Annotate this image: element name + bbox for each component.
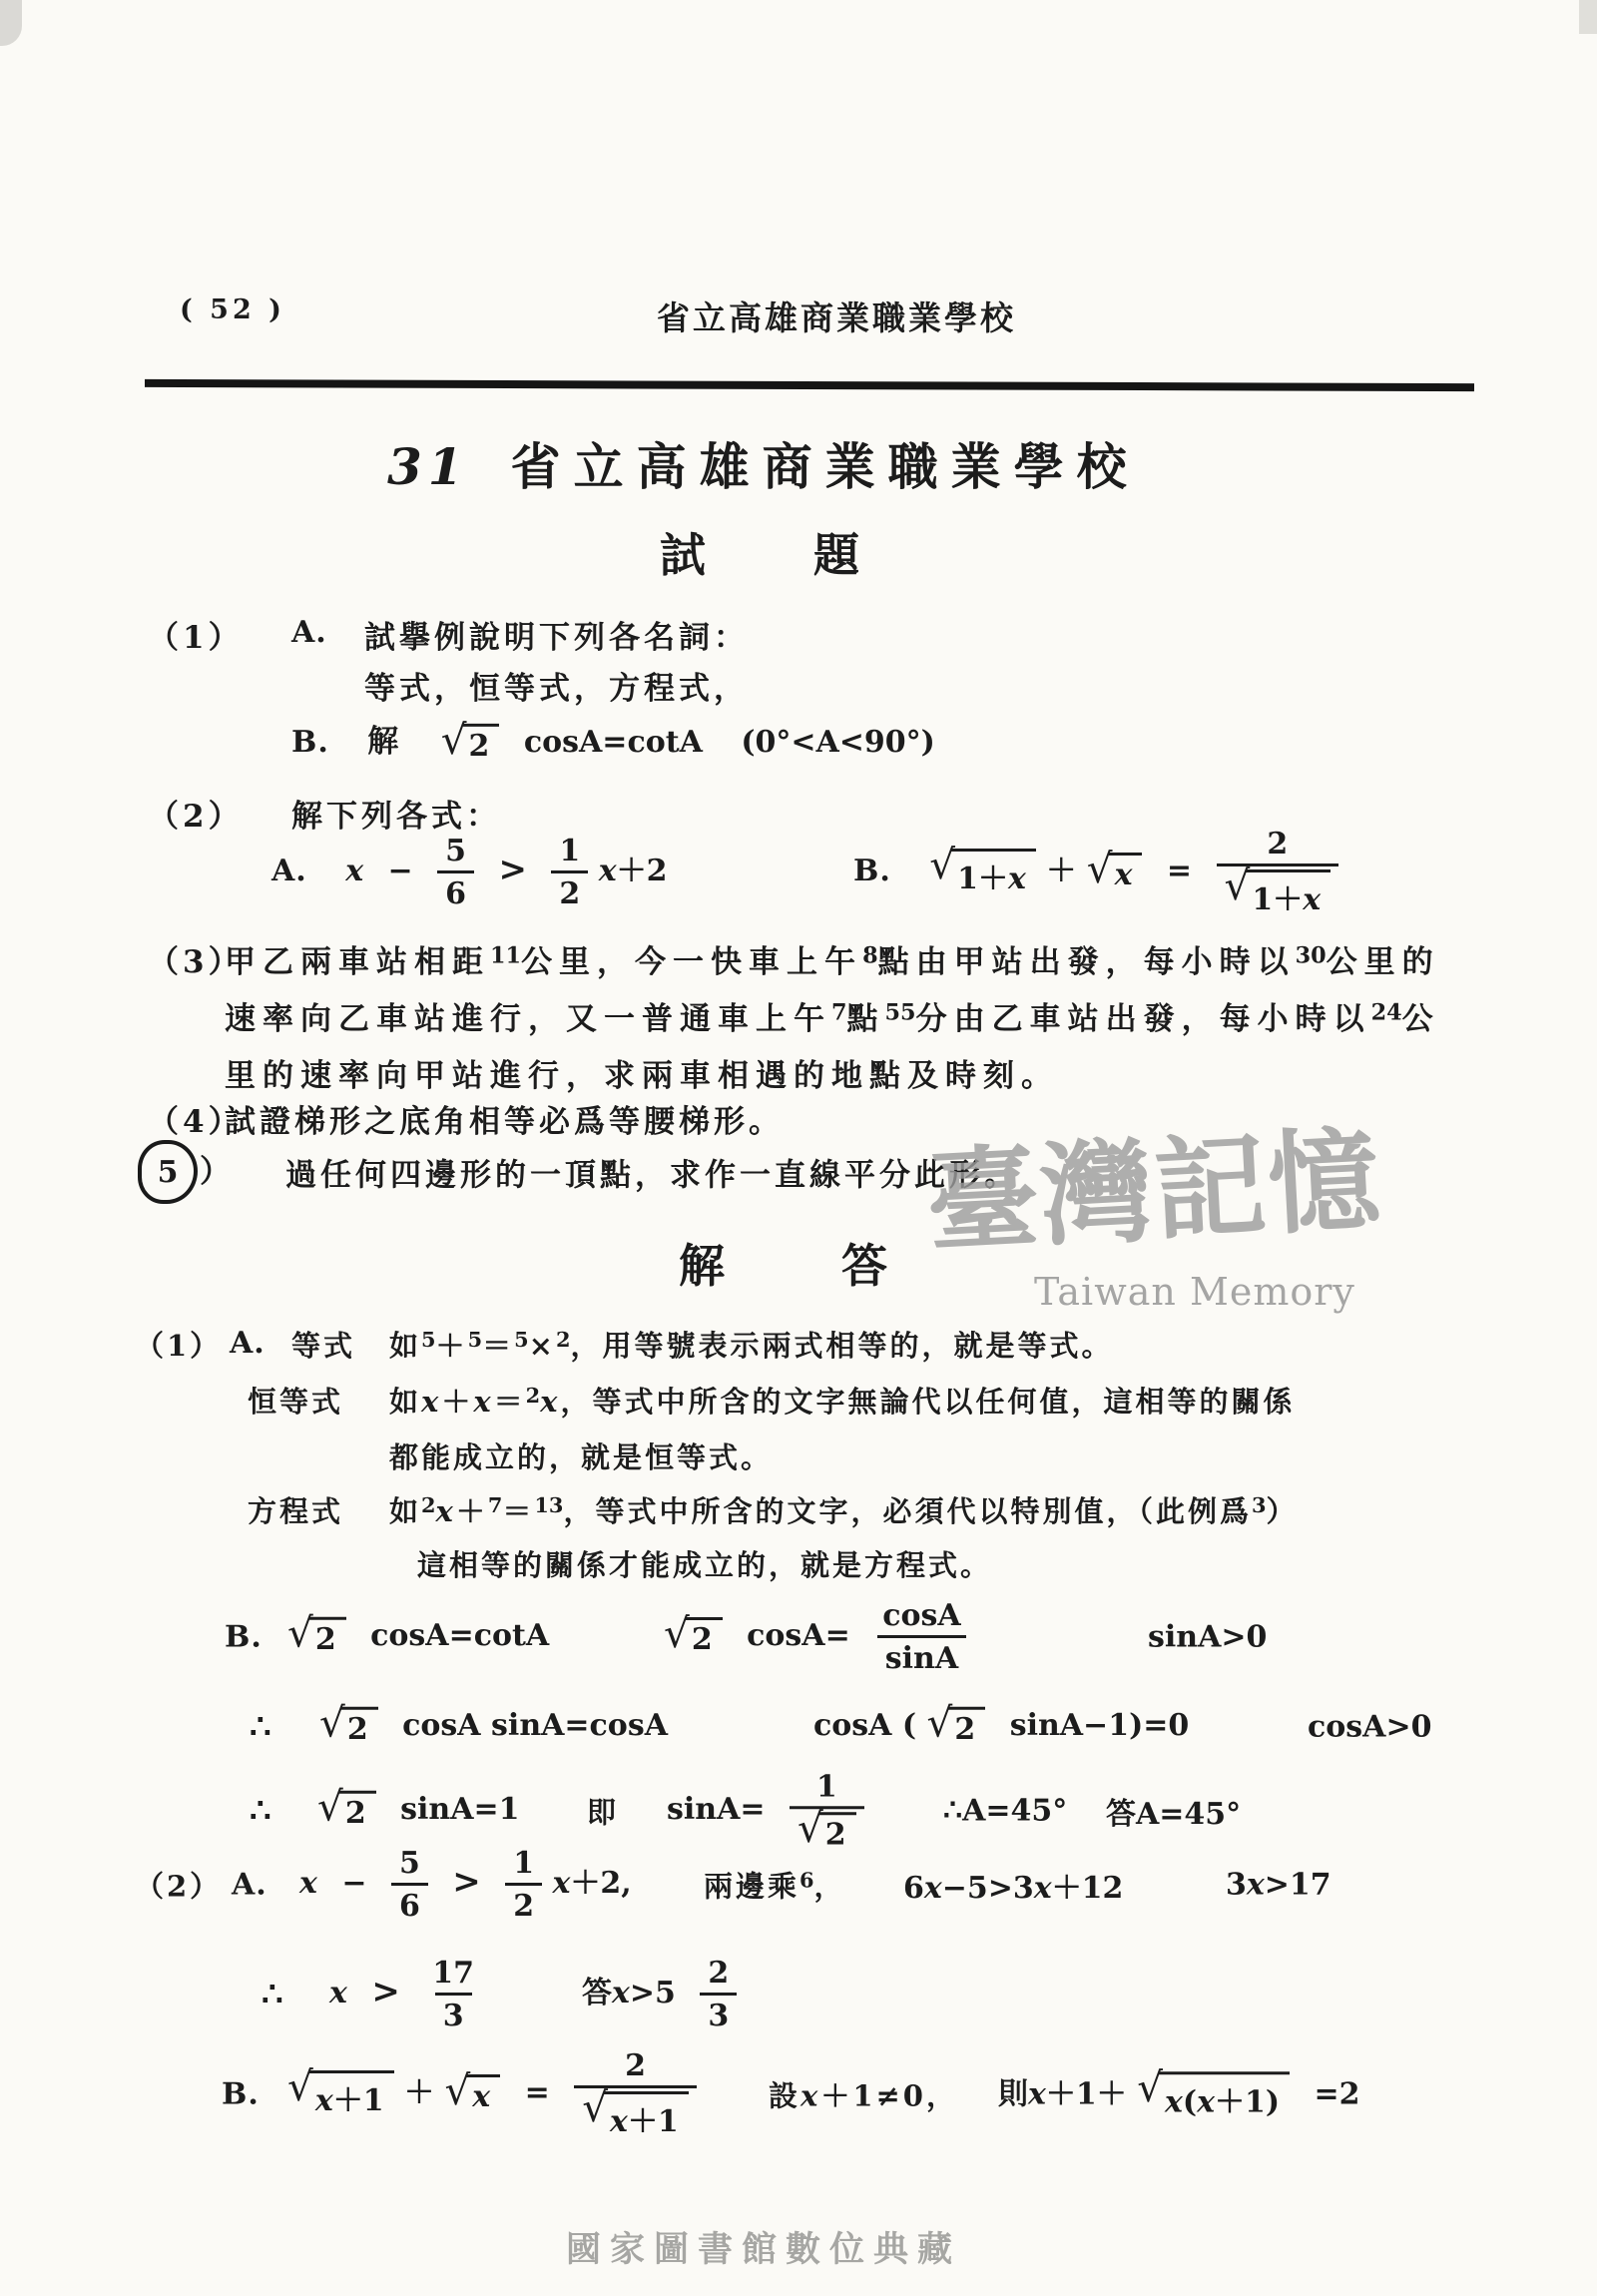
radical-sign: √ [319, 1703, 345, 1744]
solution-2-c-line: B. √x＋1 ＋ √x = 2√x＋1 設x＋1≠0， 則x＋1＋ √x(x＋… [0, 2032, 1597, 2156]
solution-1-number: （1） [135, 1324, 222, 1365]
expression-tail: x＋2, [553, 1866, 632, 1901]
question-1-b-label: B. [291, 725, 329, 760]
plus-sign: ＋ [404, 2075, 434, 2110]
denominator: √1＋x [1217, 863, 1339, 918]
solution-1-term3-cont-line: 這相等的關係才能成立的，就是方程式。 [0, 1543, 1597, 1587]
solution-2-number: （2） [135, 1865, 222, 1906]
solution-2-c-derivation: 則x＋1＋ √x(x＋1) =2 [998, 2068, 1360, 2120]
sqrt-x-plus-1-radical: √x＋1 [287, 2070, 394, 2119]
greater-than-sign: > [452, 1862, 481, 1902]
numerator: 17 [424, 1956, 482, 1993]
scan-smudge-top-left [0, 0, 22, 46]
scan-smudge-top-right [1579, 0, 1597, 34]
radical-sign: √ [1137, 2067, 1163, 2108]
fraction-5-6: 56 [391, 1846, 428, 1924]
sqrt-x-x-plus-1-radical: √x(x＋1) [1137, 2071, 1290, 2120]
radicand: x [466, 2074, 500, 2115]
page-number: ( 52 ) [180, 294, 285, 325]
header-divider-rule [145, 379, 1474, 391]
answer-heading-char-1: 解 [679, 1230, 725, 1296]
question-3-text-1: 甲乙兩車站相距11公里，今一快車上午8點由甲站出發，每小時以30公里的 [225, 936, 1440, 981]
solution-1-b-condition: sinA>0 [1148, 1620, 1267, 1655]
radicand: 1＋x [951, 849, 1036, 897]
solution-1-term3-line: 方程式 如2x＋7＝13，等式中所含的文字，必須代以特別值，（此例爲3） [0, 1489, 1597, 1533]
circled-5: 5 [138, 1140, 198, 1204]
solution-1-d-result: ∴A=45° [943, 1794, 1067, 1829]
radicand: x＋1 [604, 2091, 689, 2140]
radical-sign: √ [1225, 865, 1251, 906]
therefore-symbol: ∴ [262, 1975, 283, 2014]
radicand: 2 [339, 1791, 376, 1832]
equation-text: cosA= [747, 1618, 850, 1653]
solution-2-c-label: B. [222, 2077, 260, 2112]
multiply-both-sides-note: 兩邊乘6， [704, 1865, 846, 1906]
solution-1-term1-line: （1） A. 等式 如5＋5＝5×2，用等號表示兩式相等的，就是等式。 [0, 1324, 1597, 1368]
radicand: x [1109, 853, 1143, 893]
question-1-b-solve-word: 解 [367, 724, 402, 760]
denominator: 6 [437, 870, 474, 911]
solution-1-c-eq2: cosA ( √2 sinA−1)=0 [813, 1707, 1189, 1748]
variable-x: x [299, 1866, 317, 1901]
solution-1-c-line: ∴ √2 cosA sinA=cosA cosA ( √2 sinA−1)=0 … [0, 1697, 1597, 1757]
radical-sign: √ [929, 844, 955, 884]
denominator: 3 [700, 1993, 737, 2033]
radical-sign: √ [927, 1703, 953, 1744]
question-1-b-expression: B. 解 √2 cosA=cotA (0°<A<90°) [291, 716, 935, 764]
close-paren: ） [200, 1154, 231, 1190]
variable-x: x [345, 854, 363, 888]
radical-sign: √ [287, 2065, 313, 2106]
question-3-text-2: 速率向乙車站進行，又一普通車上午7點55分由乙車站出發，每小時以24公 [225, 993, 1440, 1038]
solution-1-c-eq1: √2 cosA sinA=cosA [319, 1707, 668, 1748]
question-3-line-3: 里的速率向甲站進行，求兩車相遇的地點及時刻。 [0, 1050, 1597, 1096]
solution-1-term2-line: 恒等式 如x＋x＝2x，等式中所含的文字無論代以任何值，這相等的關係 [0, 1380, 1597, 1424]
minus-sign: − [341, 1866, 366, 1901]
fraction-2-over-sqrt: 2√1＋x [1217, 827, 1339, 918]
radical-sign: √ [287, 1613, 313, 1654]
page-header: ( 52 ) 省立高雄商業職業學校 [0, 292, 1597, 336]
solution-2-b-line: ∴ x > 173 答x>5 23 [0, 1943, 1597, 2046]
equation-text: cosA sinA=cosA [402, 1708, 668, 1743]
solution-2-c-equation: √x＋1 ＋ √x = 2√x＋1 [287, 2048, 697, 2140]
equation-text: cosA ( [813, 1708, 916, 1743]
equation-text: sinA= [667, 1792, 766, 1827]
question-2-expression-b: B. √1＋x ＋ √x = 2√1＋x [853, 827, 1338, 918]
solution-1-term2-cont-line: 都能成立的，就是恒等式。 [0, 1435, 1597, 1479]
term-hengdengshi: 恒等式 [248, 1380, 343, 1421]
solution-2-a-step2: 3x>17 [1226, 1868, 1331, 1903]
radicand: 2 [948, 1707, 985, 1748]
question-2-a-label: A. [271, 854, 307, 888]
solution-2-b-answer: 答x>5 23 [582, 1956, 737, 2033]
equation-tail: =2 [1315, 2076, 1360, 2111]
fraction-5-6: 56 [437, 834, 474, 911]
fraction-2-3: 23 [700, 1956, 737, 2033]
question-3-line-2: 速率向乙車站進行，又一普通車上午7點55分由乙車站出發，每小時以24公 [0, 993, 1597, 1039]
equation-text: 則x＋1＋ [998, 2076, 1127, 2111]
title-number: 31 [387, 437, 469, 496]
question-1-a-text: 試擧例說明下列各名詞： [364, 612, 749, 657]
solution-1-b-label: B. [225, 1620, 263, 1655]
question-1-line-b: B. 解 √2 cosA=cotA (0°<A<90°) [0, 709, 1597, 771]
solution-1-a-label: A. [230, 1326, 266, 1361]
solution-2-a-line: （2） A. x − 56 > 12 x＋2, 兩邊乘6， 6x−5>3x＋12… [0, 1833, 1597, 1937]
question-4-text: 試證梯形之底角相等必爲等腰梯形。 [225, 1096, 784, 1141]
numerator: 5 [391, 1846, 428, 1883]
numerator: 2 [1259, 827, 1296, 863]
solution-2-a-label: A. [232, 1868, 267, 1903]
sqrt-2-radical: √2 [287, 1617, 346, 1658]
question-2-equations: A. x − 56 > 12 x＋2 B. √1＋x ＋ √x = 2√1＋x [0, 817, 1597, 928]
question-1-number: （1） [148, 612, 244, 657]
equals-sign: = [1167, 854, 1192, 888]
numerator: 2 [700, 1956, 737, 1993]
question-5-circled-number: 5） [138, 1140, 231, 1204]
radicand: 2 [463, 724, 500, 765]
scanned-exam-page: ( 52 ) 省立高雄商業職業學校 31省立高雄商業職業學校 試 題 （1） A… [0, 0, 1597, 2296]
solution-1-d-eq1: √2 sinA=1 [317, 1791, 520, 1832]
numerator: 1 [505, 1846, 542, 1883]
equation-text: sinA=1 [400, 1792, 519, 1827]
radicand: 2 [309, 1617, 346, 1658]
radicand: 1＋x [1246, 869, 1331, 918]
question-1-b-domain: (0°<A<90°) [741, 725, 935, 760]
sqrt-2-radical: √2 [319, 1707, 378, 1748]
sqrt-2-radical: √2 [664, 1617, 723, 1658]
fraction-2-over-sqrt: 2√x＋1 [574, 2048, 697, 2140]
sqrt-x-plus-1-radical: √x＋1 [582, 2091, 689, 2140]
radicand: x(x＋1) [1159, 2071, 1290, 2120]
radical-sign: √ [582, 2087, 608, 2128]
equals-sign: = [525, 2075, 550, 2110]
sqrt-1-plus-x-radical: √1＋x [1225, 869, 1331, 918]
greater-than-sign: > [498, 850, 527, 889]
title-school: 省立高雄商業職業學校 [511, 437, 1140, 496]
denominator: 2 [551, 870, 588, 911]
denominator: 2 [505, 1883, 542, 1924]
therefore-symbol: ∴ [250, 1707, 271, 1747]
solution-2-a-inequality: x − 56 > 12 x＋2, [299, 1846, 632, 1924]
radical-sign: √ [317, 1787, 343, 1828]
greater-than-sign: > [371, 1972, 400, 2011]
exam-heading-char-1: 試 [660, 519, 706, 585]
sqrt-x-radical: √x [1087, 853, 1143, 893]
question-1-b-equation: cosA=cotA [524, 725, 703, 760]
ji-word: 即 [587, 1791, 619, 1832]
variable-x: x [329, 1976, 347, 2010]
sqrt-x-radical: √x [444, 2074, 500, 2115]
question-2-b-label: B. [853, 854, 891, 888]
radicand: 2 [341, 1707, 378, 1748]
sqrt-1-plus-x-radical: √1＋x [929, 849, 1036, 897]
solution-1-b-eq2: √2 cosA= cosAsinA [664, 1598, 969, 1676]
radicand: 2 [686, 1617, 723, 1658]
term-fangchengshi-continuation: 這相等的關係才能成立的，就是方程式。 [417, 1543, 992, 1584]
question-1-terms: 等式，恒等式，方程式， [364, 663, 749, 708]
question-1-terms-line: 等式，恒等式，方程式， [0, 663, 1597, 707]
denominator: 3 [435, 1993, 472, 2033]
term-hengdengshi-definition: 如x＋x＝2x，等式中所含的文字無論代以任何值，這相等的關係 [389, 1380, 1295, 1421]
exam-heading-char-2: 題 [813, 519, 859, 585]
solution-1-c-condition: cosA>0 [1308, 1710, 1431, 1745]
question-2-expression-a: A. x − 56 > 12 x＋2 [271, 834, 668, 911]
fraction-17-3: 173 [424, 1956, 482, 2033]
therefore-symbol: ∴ [250, 1791, 271, 1831]
denominator: sinA [877, 1635, 966, 1676]
solution-2-b-result: x > 173 [329, 1956, 482, 2033]
numerator: 1 [551, 834, 588, 870]
solution-1-d-answer: 答A=45° [1106, 1789, 1241, 1833]
sqrt-2-radical: √2 [441, 724, 500, 765]
solution-2-a-step1: 6x−5>3x＋12 [903, 1863, 1123, 1907]
question-5-text: 過任何四邊形的一頂點，求作一直線平分此形。 [285, 1150, 1019, 1195]
question-1-a-label: A. [291, 615, 327, 650]
running-header-school: 省立高雄商業職業學校 [657, 292, 1016, 339]
term-dengshi: 等式 [291, 1324, 355, 1365]
equation-text: sinA−1)=0 [1010, 1708, 1190, 1743]
expression-tail: x＋2 [599, 854, 668, 888]
solution-2-c-assumption: 設x＋1≠0， [769, 2074, 958, 2115]
numerator: 5 [437, 834, 474, 870]
radicand: x＋1 [309, 2070, 394, 2119]
term-fangchengshi-definition: 如2x＋7＝13，等式中所含的文字，必須代以特別值，（此例爲3） [389, 1489, 1299, 1530]
taiwan-memory-watermark-cjk: 臺灣記憶 [922, 1090, 1385, 1275]
solution-1-b-eq1: √2 cosA=cotA [287, 1617, 549, 1658]
document-title: 31省立高雄商業職業學校 [387, 427, 1140, 499]
numerator: cosA [874, 1598, 968, 1635]
plus-sign: ＋ [1046, 854, 1076, 888]
answer-heading-char-2: 答 [841, 1230, 887, 1296]
solution-1-b-line: B. √2 cosA=cotA √2 cosA= cosAsinA sinA>0 [0, 1593, 1597, 1681]
question-1-line-a: （1） A. 試擧例說明下列各名詞： [0, 612, 1597, 656]
exam-section-heading: 試 題 [0, 519, 1597, 575]
taiwan-memory-watermark-latin: Taiwan Memory [1034, 1270, 1355, 1314]
term-dengshi-definition: 如5＋5＝5×2，用等號表示兩式相等的，就是等式。 [389, 1324, 1114, 1365]
numerator: 1 [808, 1769, 845, 1806]
sqrt-2-radical: √2 [927, 1707, 986, 1748]
fraction-1-2: 12 [551, 834, 588, 911]
fraction-cosA-sinA: cosAsinA [874, 1598, 968, 1676]
radical-sign: √ [441, 720, 467, 761]
denominator: √x＋1 [574, 2085, 697, 2140]
fraction-1-2: 12 [505, 1846, 542, 1924]
numerator: 2 [617, 2048, 654, 2085]
radical-sign: √ [444, 2070, 470, 2111]
equation-text: cosA=cotA [370, 1618, 549, 1653]
radical-sign: √ [664, 1613, 690, 1654]
term-fangchengshi: 方程式 [248, 1489, 343, 1530]
question-3-line-1: （3） 甲乙兩車站相距11公里，今一快車上午8點由甲站出發，每小時以30公里的 [0, 936, 1597, 982]
answer-text: 答x>5 [582, 1976, 676, 2010]
library-footer: 國家圖書館數位典藏 [0, 2222, 1527, 2272]
question-3-text-3: 里的速率向甲站進行，求兩車相遇的地點及時刻。 [225, 1050, 1059, 1095]
denominator: 6 [391, 1883, 428, 1924]
term-hengdengshi-continuation: 都能成立的，就是恒等式。 [389, 1435, 773, 1476]
sqrt-2-radical: √2 [317, 1791, 376, 1832]
minus-sign: − [388, 854, 413, 888]
radical-sign: √ [1087, 849, 1113, 889]
